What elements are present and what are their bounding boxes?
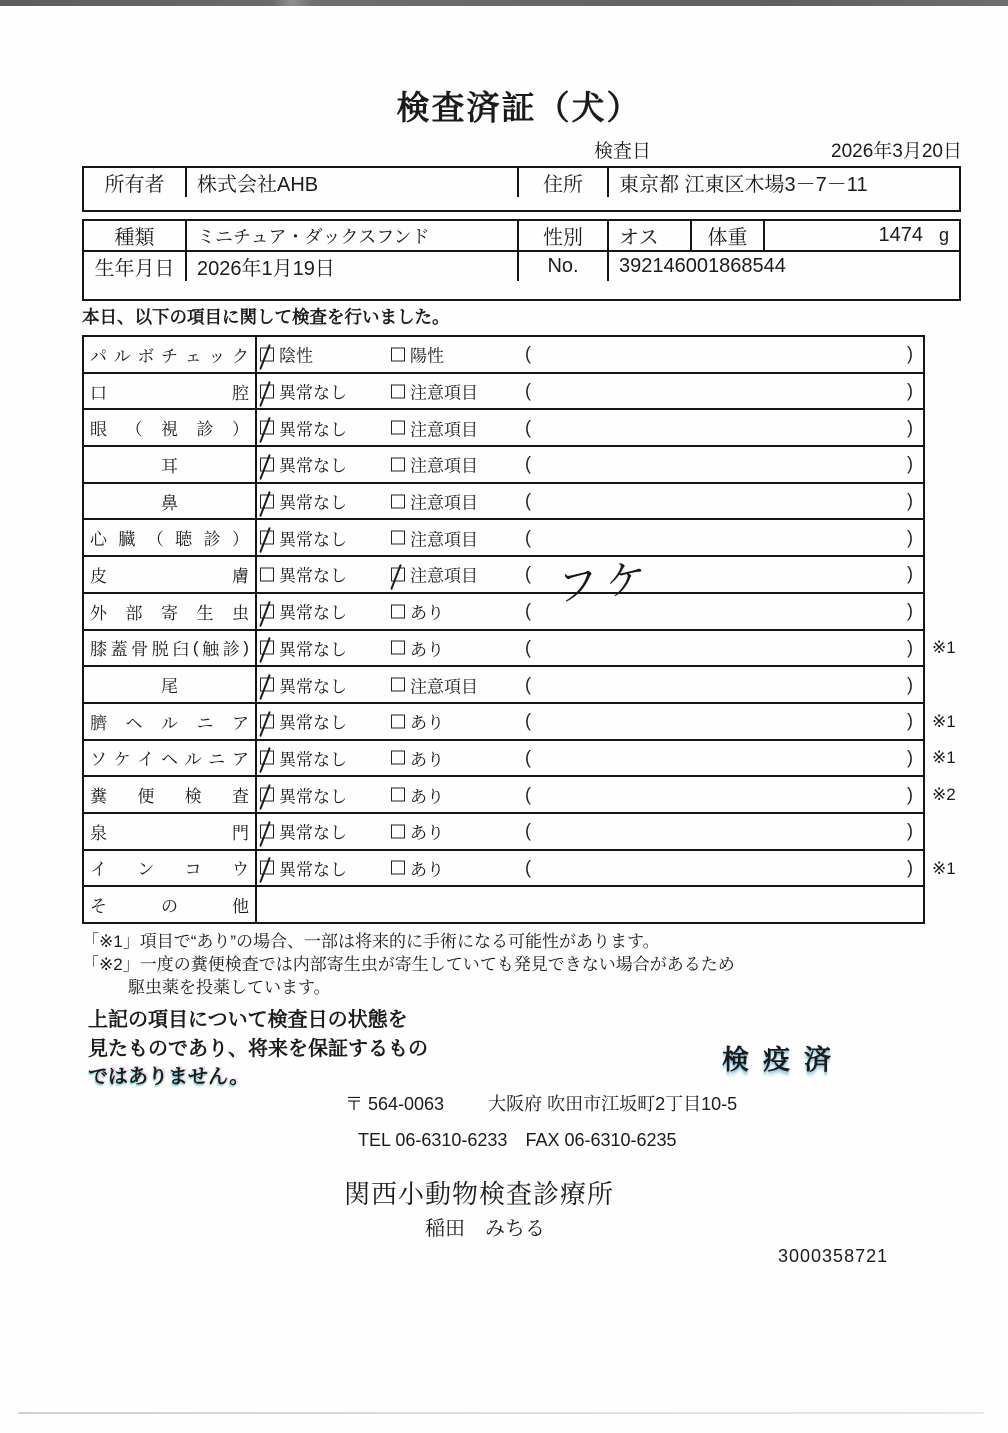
check-row: ソケイヘルニア異常なしあり() — [84, 739, 923, 776]
check-option-label: あり — [410, 819, 444, 844]
check-option-label: あり — [410, 782, 444, 807]
check-item-label: ソケイヘルニア — [84, 741, 257, 776]
address-label: 住所 — [519, 168, 609, 197]
check-option-label: 異常なし — [279, 562, 347, 587]
birthdate-label: 生年月日 — [84, 252, 187, 281]
check-option-label: 異常なし — [279, 599, 347, 624]
disclaimer-line-2: 見たものであり、将来を保証するもの — [88, 1035, 428, 1064]
check-option-label: 異常なし — [279, 415, 347, 440]
check-option-label: 異常なし — [279, 819, 347, 844]
checkbox-checked-icon — [260, 751, 274, 765]
sex-label: 性別 — [519, 221, 609, 250]
check-option: 異常なし — [260, 525, 347, 550]
check-item-content: 異常なしあり() — [257, 814, 923, 849]
check-option: 注意項目 — [391, 415, 478, 440]
check-option: 注意項目 — [391, 379, 478, 404]
paren-open: ( — [525, 381, 531, 402]
footnotes: 「※1」項目で“あり”の場合、一部は将来的に手術になる可能性があります。 「※2… — [82, 930, 735, 999]
paren-close: ) — [907, 674, 913, 695]
checkbox-empty-icon — [391, 604, 405, 618]
check-row: 心臓（聴診）異常なし注意項目() — [84, 518, 923, 555]
checkbox-empty-icon — [391, 861, 405, 875]
checkbox-checked-icon — [260, 861, 274, 875]
check-row: 外部寄生虫異常なしあり() — [84, 592, 923, 629]
checkbox-empty-icon — [391, 531, 405, 545]
check-option: あり — [391, 599, 444, 624]
owner-value: 株式会社AHB — [187, 168, 519, 197]
paren-close: ) — [907, 857, 913, 878]
checkbox-checked-icon — [391, 567, 405, 581]
footnote-1: 「※1」項目で“あり”の場合、一部は将来的に手術になる可能性があります。 — [82, 930, 735, 953]
number-value: 392146001868544 — [609, 252, 959, 281]
checkbox-checked-icon — [260, 457, 274, 471]
check-option: 異常なし — [260, 782, 347, 807]
check-option-label: 陰性 — [279, 342, 313, 367]
check-row: 眼（視診）異常なし注意項目() — [84, 408, 923, 445]
footnote-2: 「※2」一度の糞便検査では内部寄生虫が寄生していても発見できない場合があるため — [82, 953, 735, 976]
check-row: インコウ異常なしあり() — [84, 849, 923, 886]
reference-mark-empty — [932, 445, 992, 482]
checkbox-checked-icon — [260, 714, 274, 728]
paren-open: ( — [525, 637, 531, 658]
check-row: 鼻異常なし注意項目() — [84, 482, 923, 519]
checkbox-empty-icon — [391, 494, 405, 508]
owner-row: 所有者 株式会社AHB 住所 東京都 江東区木場3－7－11 — [84, 168, 959, 197]
check-item-label: 泉門 — [84, 814, 257, 849]
checkbox-checked-icon — [260, 531, 274, 545]
paren-close: ) — [907, 491, 913, 512]
check-option: あり — [391, 709, 444, 734]
reference-mark-empty — [932, 666, 992, 703]
check-item-label: 鼻 — [84, 484, 257, 519]
reference-mark-empty — [932, 335, 992, 372]
checkbox-checked-icon — [260, 494, 274, 508]
check-option: 異常なし — [260, 415, 347, 440]
checkbox-empty-icon — [391, 751, 405, 765]
check-option: あり — [391, 855, 444, 880]
paren-close: ) — [907, 637, 913, 658]
check-table: パルボチェック陰性陽性()口腔異常なし注意項目()眼（視診）異常なし注意項目()… — [82, 335, 925, 924]
check-item-label: 口腔 — [84, 374, 257, 409]
clinic-address-line: 〒 564-0063大阪府 吹田市江坂町2丁目10-5 — [345, 1090, 737, 1116]
check-row: 糞便検査異常なしあり() — [84, 775, 923, 812]
check-item-label: 心臓（聴診） — [84, 520, 257, 555]
checkbox-checked-icon — [260, 678, 274, 692]
check-row: 皮膚異常なし注意項目()フケ — [84, 555, 923, 592]
check-option: あり — [391, 782, 444, 807]
checkbox-checked-icon — [260, 641, 274, 655]
check-option-label: 注意項目 — [410, 525, 478, 550]
paren-close: ) — [907, 747, 913, 768]
check-option-label: 異常なし — [279, 745, 347, 770]
inspection-date-value: 2026年3月20日 — [831, 136, 962, 163]
check-item-content: 異常なし注意項目() — [257, 447, 923, 482]
paren-close: ) — [907, 527, 913, 548]
certificate-document: 検査済証（犬） 検査日 2026年3月20日 所有者 株式会社AHB 住所 東京… — [0, 0, 1008, 1433]
check-item-label: 臍ヘルニア — [84, 704, 257, 739]
check-option-label: 異常なし — [279, 489, 347, 514]
check-option: 異常なし — [260, 855, 347, 880]
paren-open: ( — [525, 344, 531, 365]
check-item-label: 外部寄生虫 — [84, 594, 257, 629]
check-option: 注意項目 — [391, 525, 478, 550]
disclaimer-line-3: ではありません。 — [88, 1063, 428, 1092]
check-item-label: 耳 — [84, 447, 257, 482]
check-item-content: 陰性陽性() — [257, 337, 923, 372]
reference-mark-empty — [932, 814, 992, 851]
check-row: その他 — [84, 885, 923, 922]
owner-label: 所有者 — [84, 168, 187, 197]
weight-value: 1474 — [878, 224, 923, 247]
veterinarian-name: 稲田 みちる — [425, 1212, 545, 1241]
document-code: 3000358721 — [778, 1246, 888, 1267]
reference-mark-empty — [932, 593, 992, 630]
reference-mark: ※1 — [932, 740, 992, 777]
checkbox-checked-icon — [260, 788, 274, 802]
disclaimer-line-1: 上記の項目について検査日の状態を — [88, 1006, 428, 1035]
checkbox-checked-icon — [260, 604, 274, 618]
check-table-notes-column: ※1※1※1※2※1 — [932, 335, 992, 924]
reference-mark-empty — [932, 556, 992, 593]
paren-close: ) — [907, 821, 913, 842]
intro-sentence: 本日、以下の項目に関して検査を行いました。 — [82, 304, 450, 329]
checkbox-checked-icon — [260, 421, 274, 435]
paren-close: ) — [907, 344, 913, 365]
reference-mark: ※1 — [932, 703, 992, 740]
check-item-content: 異常なし注意項目() — [257, 667, 923, 702]
check-item-label: インコウ — [84, 851, 257, 886]
reference-mark: ※1 — [932, 850, 992, 887]
checkbox-empty-icon — [260, 567, 274, 581]
paren-open: ( — [525, 601, 531, 622]
check-option-label: あり — [410, 745, 444, 770]
check-option: 注意項目 — [391, 489, 478, 514]
checkbox-checked-icon — [260, 347, 274, 361]
quarantine-stamp: 検疫済 — [722, 1038, 845, 1077]
check-option: あり — [391, 745, 444, 770]
paren-open: ( — [525, 711, 531, 732]
check-item-label: その他 — [84, 887, 257, 922]
check-option: 異常なし — [260, 379, 347, 404]
check-option-label: 異常なし — [279, 782, 347, 807]
paren-open: ( — [525, 747, 531, 768]
sex-value: オス — [609, 221, 692, 250]
checkbox-empty-icon — [391, 347, 405, 361]
document-title: 検査済証（犬） — [0, 82, 1008, 129]
weight-value-cell: 1474 g — [765, 221, 959, 250]
scan-artifact-top — [0, 0, 1008, 6]
check-option: あり — [391, 635, 444, 660]
check-row: 膝蓋骨脱臼(触診)異常なしあり() — [84, 629, 923, 666]
paren-open: ( — [525, 564, 531, 585]
check-item-content: 異常なし注意項目() — [257, 374, 923, 409]
check-option-label: 注意項目 — [410, 672, 478, 697]
check-item-label: 眼（視診） — [84, 410, 257, 445]
clinic-postal-code: 〒 564-0063 — [345, 1094, 444, 1114]
check-item-content: 異常なし注意項目() — [257, 484, 923, 519]
check-option-label: 注意項目 — [410, 489, 478, 514]
check-option: 注意項目 — [391, 452, 478, 477]
check-option-label: 異常なし — [279, 452, 347, 477]
paren-open: ( — [525, 784, 531, 805]
check-row: 泉門異常なしあり() — [84, 812, 923, 849]
check-option: 異常なし — [260, 489, 347, 514]
paren-close: ) — [907, 601, 913, 622]
check-option: 異常なし — [260, 745, 347, 770]
checkbox-checked-icon — [260, 824, 274, 838]
reference-mark-empty — [932, 482, 992, 519]
checkbox-empty-icon — [391, 678, 405, 692]
clinic-name: 関西小動物検査診療所 — [344, 1174, 614, 1211]
check-item-content — [257, 887, 923, 922]
check-option: 異常なし — [260, 672, 347, 697]
weight-unit: g — [939, 225, 949, 246]
check-option: 陰性 — [260, 342, 313, 367]
check-item-content: 異常なし注意項目() — [257, 520, 923, 555]
check-row: 口腔異常なし注意項目() — [84, 372, 923, 409]
paren-close: ) — [907, 454, 913, 475]
check-item-content: 異常なしあり() — [257, 777, 923, 812]
check-item-content: 異常なしあり() — [257, 741, 923, 776]
checkbox-empty-icon — [391, 384, 405, 398]
check-option: 陽性 — [391, 342, 444, 367]
check-item-label: 皮膚 — [84, 557, 257, 592]
number-label: No. — [519, 252, 609, 281]
check-option-label: 注意項目 — [410, 452, 478, 477]
animal-info-table: 種類 ミニチュア・ダックスフンド 性別 オス 体重 1474 g 生年月日 20… — [82, 219, 961, 301]
checkbox-empty-icon — [391, 714, 405, 728]
check-option: 異常なし — [260, 635, 347, 660]
check-row: パルボチェック陰性陽性() — [84, 337, 923, 372]
clinic-tel-line: TEL 06-6310-6233FAX 06-6310-6235 — [358, 1130, 677, 1151]
reference-mark: ※1 — [932, 630, 992, 667]
check-option-label: 注意項目 — [410, 562, 478, 587]
owner-table: 所有者 株式会社AHB 住所 東京都 江東区木場3－7－11 — [82, 166, 961, 212]
paren-open: ( — [525, 857, 531, 878]
check-item-label: パルボチェック — [84, 337, 257, 372]
check-item-content: 異常なし注意項目()フケ — [257, 557, 923, 592]
paren-open: ( — [525, 417, 531, 438]
paren-close: ) — [907, 784, 913, 805]
weight-label: 体重 — [692, 221, 765, 250]
check-option-label: あり — [410, 599, 444, 624]
check-item-content: 異常なしあり() — [257, 631, 923, 666]
paren-close: ) — [907, 711, 913, 732]
reference-mark-empty — [932, 372, 992, 409]
check-row: 耳異常なし注意項目() — [84, 445, 923, 482]
breed-label: 種類 — [84, 221, 187, 250]
check-option-label: 異常なし — [279, 635, 347, 660]
breed-value: ミニチュア・ダックスフンド — [187, 221, 519, 250]
scan-artifact-bottom — [18, 1412, 984, 1414]
check-option-label: 注意項目 — [410, 379, 478, 404]
reference-mark-empty — [932, 409, 992, 446]
paren-close: ) — [907, 564, 913, 585]
checkbox-empty-icon — [391, 641, 405, 655]
check-item-label: 尾 — [84, 667, 257, 702]
disclaimer-paragraph: 上記の項目について検査日の状態を 見たものであり、将来を保証するもの ではありま… — [88, 1006, 428, 1092]
paren-open: ( — [525, 821, 531, 842]
check-option-label: 異常なし — [279, 525, 347, 550]
check-option-label: あり — [410, 709, 444, 734]
clinic-address: 大阪府 吹田市江坂町2丁目10-5 — [488, 1094, 737, 1114]
check-option-label: 異常なし — [279, 855, 347, 880]
checkbox-empty-icon — [391, 421, 405, 435]
clinic-fax: FAX 06-6310-6235 — [525, 1130, 676, 1150]
inspection-date-label: 検査日 — [594, 136, 651, 163]
check-option: 注意項目 — [391, 672, 478, 697]
check-option: 異常なし — [260, 562, 347, 587]
reference-mark-empty — [932, 887, 992, 924]
check-option: 異常なし — [260, 819, 347, 844]
checkbox-checked-icon — [260, 384, 274, 398]
check-item-content: 異常なしあり() — [257, 851, 923, 886]
birthdate-value: 2026年1月19日 — [187, 252, 519, 281]
check-option-label: あり — [410, 635, 444, 660]
checkbox-empty-icon — [391, 824, 405, 838]
check-item-label: 膝蓋骨脱臼(触診) — [84, 631, 257, 666]
paren-open: ( — [525, 454, 531, 475]
check-row: 尾異常なし注意項目() — [84, 665, 923, 702]
check-option-label: 異常なし — [279, 379, 347, 404]
check-option: 異常なし — [260, 452, 347, 477]
birth-row: 生年月日 2026年1月19日 No. 392146001868544 — [84, 250, 959, 281]
breed-row: 種類 ミニチュア・ダックスフンド 性別 オス 体重 1474 g — [84, 221, 959, 250]
checkbox-empty-icon — [391, 457, 405, 471]
check-item-content: 異常なしあり() — [257, 704, 923, 739]
check-option-label: あり — [410, 855, 444, 880]
check-option-label: 異常なし — [279, 709, 347, 734]
checkbox-empty-icon — [391, 788, 405, 802]
check-option-label: 陽性 — [410, 342, 444, 367]
check-row: 臍ヘルニア異常なしあり() — [84, 702, 923, 739]
paren-open: ( — [525, 674, 531, 695]
check-option: 異常なし — [260, 709, 347, 734]
check-item-content: 異常なし注意項目() — [257, 410, 923, 445]
check-option-label: 注意項目 — [410, 415, 478, 440]
check-option: 注意項目 — [391, 562, 478, 587]
check-option-label: 異常なし — [279, 672, 347, 697]
check-item-label: 糞便検査 — [84, 777, 257, 812]
clinic-tel: TEL 06-6310-6233 — [358, 1130, 507, 1150]
paren-close: ) — [907, 417, 913, 438]
paren-close: ) — [907, 381, 913, 402]
reference-mark: ※2 — [932, 777, 992, 814]
footnote-2-continued: 駆虫薬を投薬しています。 — [128, 976, 735, 999]
paren-open: ( — [525, 527, 531, 548]
address-value: 東京都 江東区木場3－7－11 — [609, 168, 959, 197]
paren-open: ( — [525, 491, 531, 512]
reference-mark-empty — [932, 519, 992, 556]
check-option: 異常なし — [260, 599, 347, 624]
check-option: あり — [391, 819, 444, 844]
